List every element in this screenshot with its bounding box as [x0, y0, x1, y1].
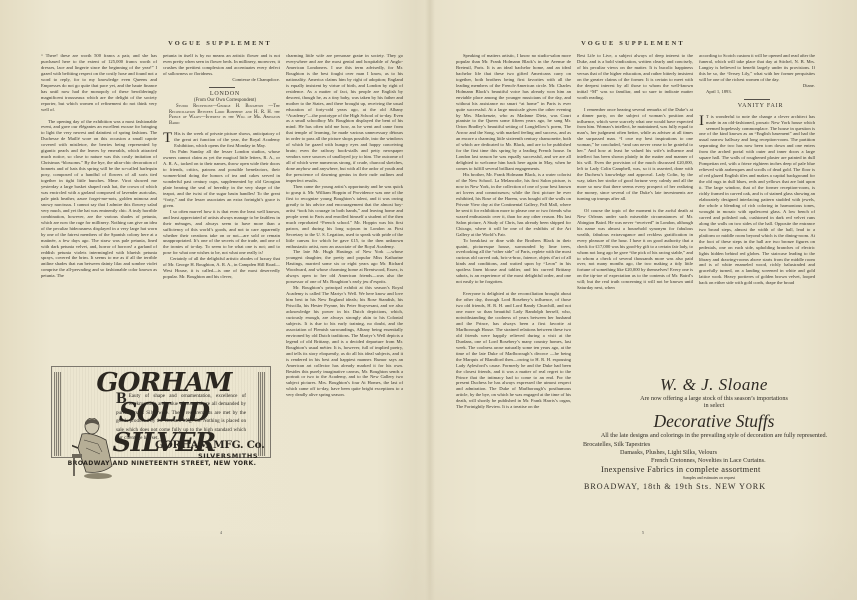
right-running-head: VOGUE SUPPLEMENT: [573, 40, 693, 47]
paragraph: His brother, Mr. Frank Holmann Black, is…: [456, 172, 571, 237]
company-name: GORHAM MFG. Co.: [155, 439, 265, 451]
page-number-right: 5: [642, 530, 644, 535]
ad-description: All the late designs and colorings in th…: [573, 432, 855, 439]
paragraph: I remember once hearing several remarks …: [577, 107, 693, 202]
paragraph: Mr. Boughton’s principal exhibit at this…: [286, 285, 403, 398]
ad-highlight: Inexpensive Fabrics in complete assortme…: [573, 465, 855, 475]
drop-cap: B: [116, 392, 127, 406]
paragraph: IT is wonderful to note the change a cle…: [699, 114, 815, 287]
left-column-2: petunia in itself is by no means an arti…: [163, 53, 280, 359]
left-running-head: VOGUE SUPPLEMENT: [160, 40, 280, 47]
dateline: April 1, 1893.: [699, 89, 815, 95]
paragraph: petunia in itself is by no means an arti…: [163, 53, 280, 77]
left-column-3: charming little wife are personae gratæ …: [286, 53, 403, 493]
paragraph: THis is the week of private picture show…: [163, 131, 280, 149]
right-column-1: Speaking of matters artistic, I know no …: [456, 53, 571, 515]
ad-body: BEauty of shape and ornamentation, excel…: [116, 392, 246, 442]
paragraph: Best Life to Live, a subject always of d…: [577, 53, 693, 101]
paragraph: “ There! these are worth 500 francs a pa…: [41, 53, 157, 113]
paragraph: charming little wife are personae gratæ …: [286, 53, 403, 184]
drop-cap: I: [699, 114, 704, 127]
gorham-advertisement: GORHAM SOLID SILVER BEauty of shape and …: [50, 366, 274, 470]
left-column-1: “ There! these are worth 500 francs a pa…: [41, 53, 157, 359]
column-ornament-left: [54, 372, 62, 456]
signature: Comtesse de Champdoce.: [163, 77, 280, 83]
divider: [744, 99, 770, 100]
paragraph: Everyone is delighted at the reconciliat…: [456, 291, 571, 410]
ad-brand: W. & J. Sloane: [573, 375, 855, 395]
sloane-advertisement: W. & J. Sloane Are now offering a large …: [573, 375, 855, 492]
magazine-spread: VOGUE SUPPLEMENT “ There! these are wort…: [0, 0, 857, 600]
paragraph: The late Mr. Hugh Hastings of New York —…: [286, 249, 403, 285]
product-line: Damasks, Plushes, Light Silks, Velours: [573, 449, 855, 457]
paragraph: Speaking of matters artistic, I know no …: [456, 53, 571, 172]
paragraph: I so often marvel how it is that even th…: [163, 209, 280, 257]
paragraph: Of course the topic of the moment is the…: [577, 208, 693, 291]
company-address: BROADWAY AND NINETEENTH STREET, NEW YORK…: [50, 460, 274, 467]
section-summary: Studio Receptions—George H. Boughton —Th…: [163, 104, 280, 128]
right-column-2: Best Life to Live, a subject always of d…: [577, 53, 693, 373]
product-line: French Cretonnes, Novelties in Lace Curt…: [573, 457, 855, 465]
paragraph: To breakfast or dine with the Brothers B…: [456, 238, 571, 286]
section-title: VANITY FAIR: [699, 104, 815, 110]
drop-cap: T: [163, 131, 172, 144]
paragraph: Then came the young artist’s opportunity…: [286, 184, 403, 249]
product-line: Brocatelles, Silk Tapestries: [573, 441, 855, 449]
ad-text: in select: [573, 402, 855, 409]
paragraph: according to Scotch custom it will be op…: [699, 53, 815, 83]
paragraph: The opening day of the exhibition was a …: [41, 119, 157, 280]
paragraph: On Palm Sunday all the lesser London stu…: [163, 149, 280, 209]
company-tagline: SILVERSMITHS: [198, 452, 258, 460]
page-number-left: 4: [220, 530, 222, 535]
ad-address: BROADWAY, 18th & 19th Sts. NEW YORK: [573, 481, 855, 492]
divider: [209, 87, 235, 88]
ad-headline: Decorative Stuffs: [573, 410, 855, 432]
page-gutter: [425, 0, 435, 600]
ad-text: Are now offering a large stock of this s…: [573, 395, 855, 402]
right-column-3: according to Scotch custom it will be op…: [699, 53, 815, 373]
ad-product-list: Brocatelles, Silk Tapestries Damasks, Pl…: [573, 441, 855, 464]
paragraph: Certainly of all the delightful artistic…: [163, 256, 280, 280]
